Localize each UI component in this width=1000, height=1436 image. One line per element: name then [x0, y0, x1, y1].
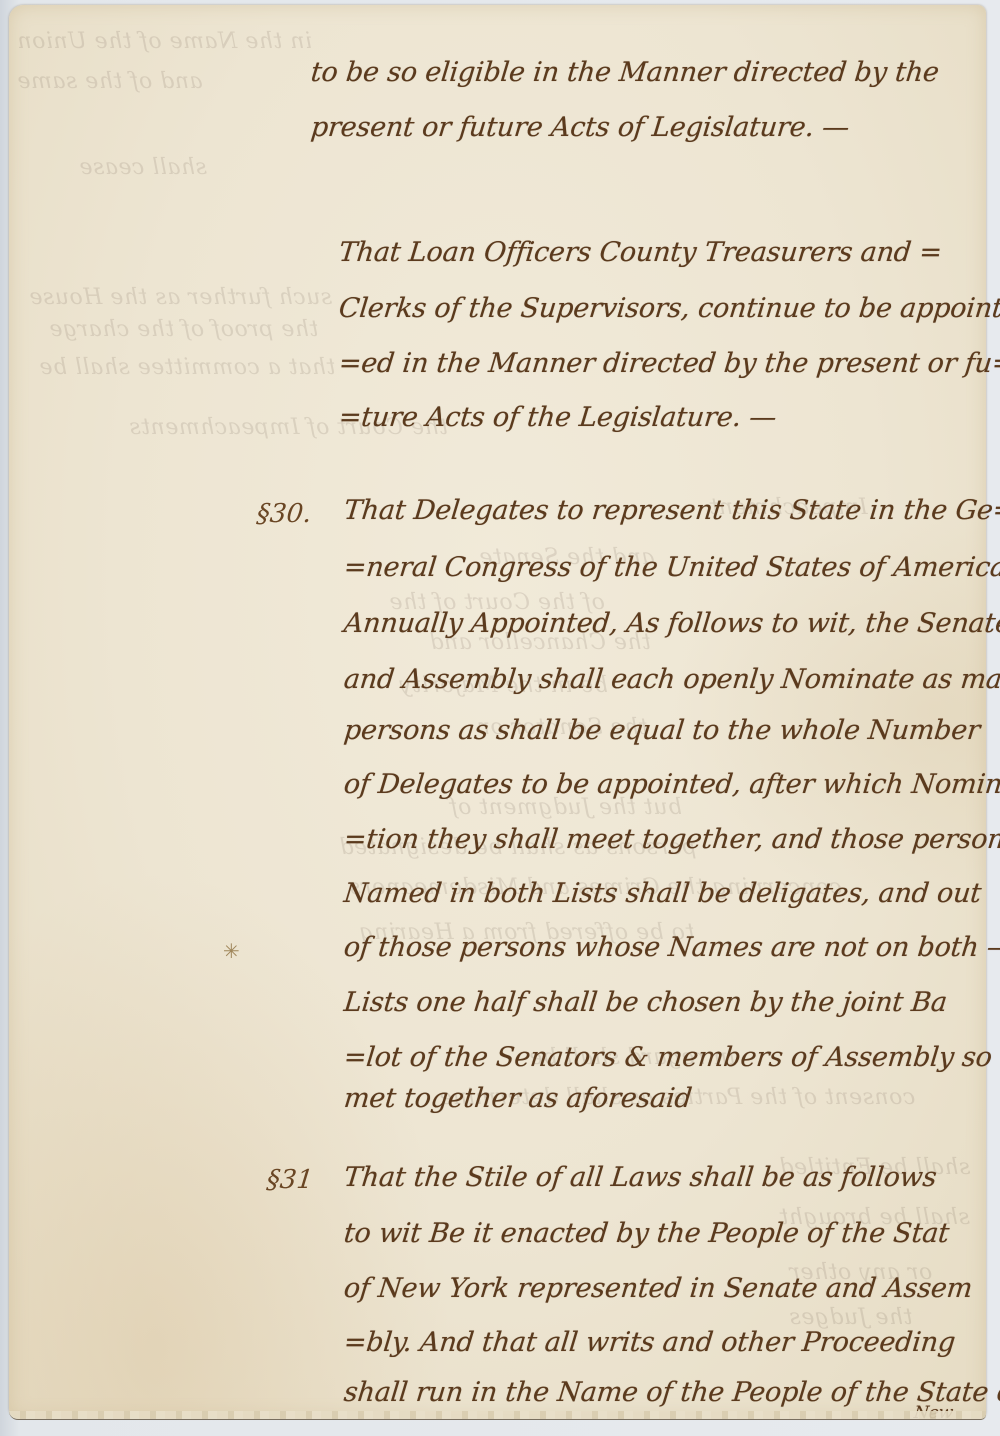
manuscript-text: to be so eligible in the Manner directed…	[9, 5, 986, 1418]
text-line: to be so eligible in the Manner directed…	[309, 57, 940, 88]
text-line: Named in both Lists shall be deligates, …	[342, 878, 982, 909]
section-number-30: §30.	[255, 499, 313, 529]
text-line: =bly. And that all writs and other Proce…	[342, 1327, 956, 1358]
text-line: =ture Acts of the Legislature. —	[337, 402, 777, 433]
text-line: Annually Appointed, As follows to wit, t…	[342, 608, 1000, 639]
text-line: of those persons whose Names are not on …	[342, 932, 1000, 963]
text-line: to wit Be it enacted by the People of th…	[342, 1218, 950, 1249]
text-line: Clerks of the Supervisors, continue to b…	[337, 293, 1000, 324]
text-line: =ed in the Manner directed by the presen…	[337, 348, 1000, 379]
text-line: That Loan Officers County Treasurers and…	[337, 237, 943, 268]
text-line: Lists one half shall be chosen by the jo…	[342, 987, 948, 1018]
text-line: That the Stile of all Laws shall be as f…	[342, 1162, 938, 1193]
text-line: persons as shall be equal to the whole N…	[342, 715, 981, 746]
text-line: present or future Acts of Legislature. —	[309, 112, 850, 143]
margin-star-mark-icon: ✳	[223, 939, 240, 963]
text-line: met together as aforesaid	[342, 1083, 693, 1114]
text-line: of Delegates to be appointed, after whic…	[342, 769, 1000, 800]
text-line: =neral Congress of the United States of …	[342, 552, 1000, 583]
catchword: New	[913, 1403, 954, 1423]
text-line: =lot of the Senators & members of Assemb…	[342, 1042, 993, 1073]
text-line: =tion they shall meet together, and thos…	[342, 824, 1000, 855]
text-line: and Assembly shall each openly Nominate …	[342, 664, 1000, 695]
text-line: shall run in the Name of the People of t…	[342, 1377, 1000, 1408]
text-line: That Delegates to represent this State i…	[342, 495, 1000, 526]
text-line: of New York represented in Senate and As…	[342, 1273, 973, 1304]
manuscript-page: in the Name of the Union and of the same…	[9, 5, 986, 1418]
section-number-31: §31	[265, 1165, 314, 1195]
